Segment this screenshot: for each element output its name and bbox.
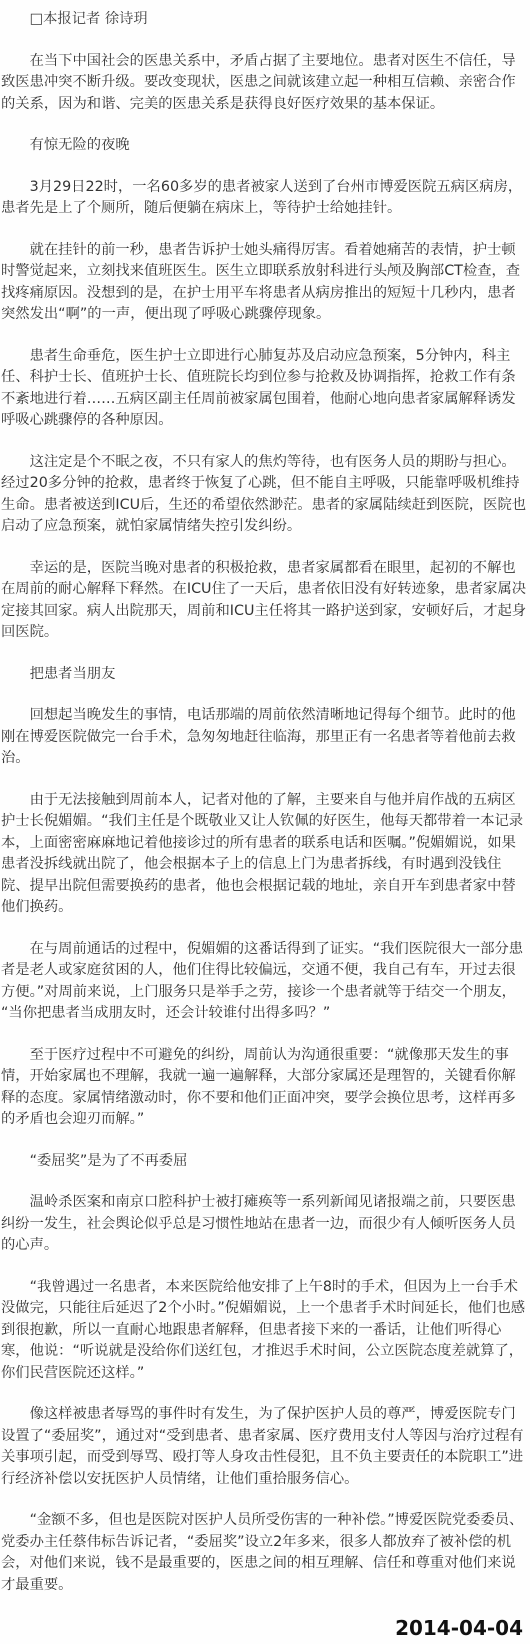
paragraph: “金额不多，但也是医院对医护人员所受伤害的一种补偿。”博爱医院党委委员、党委办主… — [1, 1510, 528, 1596]
paragraph: 这注定是个不眠之夜，不只有家人的焦灼等待，也有医务人员的期盼与担心。经过20多分… — [1, 452, 528, 538]
paragraph: 回想起当晚发生的事情，电话那端的周前依然清晰地记得每个细节。此时的他刚在博爱医院… — [1, 705, 528, 770]
article-body: □本报记者 徐诗玥在当下中国社会的医患关系中，矛盾占据了主要地位。患者对医生不信… — [1, 9, 528, 1596]
article-date: 2014-04-04 — [1, 1616, 528, 1640]
paragraph: 就在挂针的前一秒，患者告诉护士她头痛得厉害。看着她痛苦的表情，护士顿时警觉起来，… — [1, 240, 528, 326]
paragraph: 至于医疗过程中不可避免的纠纷，周前认为沟通很重要：“就像那天发生的事情，开始家属… — [1, 1045, 528, 1131]
paragraph: 在与周前通话的过程中，倪媚媚的这番话得到了证实。“我们医院很大一部分患者是老人或… — [1, 939, 528, 1025]
section-heading: 有惊无险的夜晚 — [1, 135, 528, 157]
paragraph: 3月29日22时，一名60多岁的患者被家人送到了台州市博爱医院五病区病房，患者先… — [1, 177, 528, 220]
paragraph: 温岭杀医案和南京口腔科护士被打瘫痪等一系列新闻见诸报端之前，只要医患纠纷一发生，… — [1, 1192, 528, 1257]
section-heading: “委屈奖”是为了不再委屈 — [1, 1151, 528, 1173]
paragraph: 像这样被患者辱骂的事件时有发生，为了保护医护人员的尊严，博爱医院专门设置了“委屈… — [1, 1404, 528, 1490]
article-page: □本报记者 徐诗玥在当下中国社会的医患关系中，矛盾占据了主要地位。患者对医生不信… — [0, 0, 530, 1644]
paragraph: 幸运的是，医院当晚对患者的积极抢救，患者家属都看在眼里，起初的不解也在周前的耐心… — [1, 558, 528, 644]
paragraph: 患者生命垂危，医生护士立即进行心肺复苏及启动应急预案，5分钟内，科主任、科护士长… — [1, 346, 528, 432]
paragraph: “我曾遇过一名患者，本来医院给他安排了上午8时的手术，但因为上一台手术没做完，只… — [1, 1277, 528, 1385]
paragraph: 在当下中国社会的医患关系中，矛盾占据了主要地位。患者对医生不信任，导致医患冲突不… — [1, 51, 528, 116]
paragraph: 由于无法接触到周前本人，记者对他的了解，主要来自与他并肩作战的五病区护士长倪媚媚… — [1, 790, 528, 919]
byline: □本报记者 徐诗玥 — [1, 9, 528, 31]
section-heading: 把患者当朋友 — [1, 664, 528, 686]
